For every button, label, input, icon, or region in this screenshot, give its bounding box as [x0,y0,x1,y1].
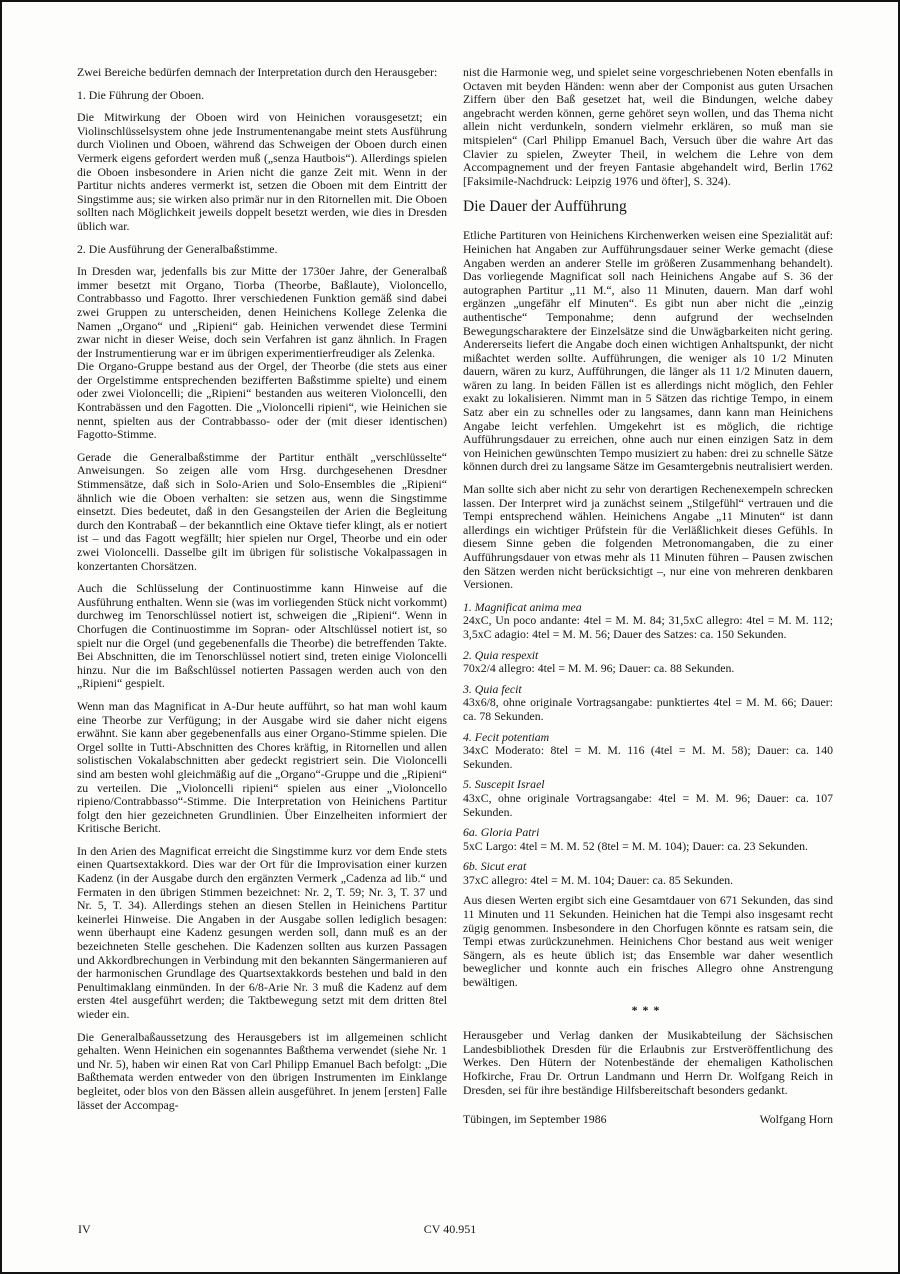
paragraph: Die Organo-Gruppe bestand aus der Orgel,… [77,360,447,442]
movement-title: 1. Magnificat anima mea [463,601,833,615]
paragraph: Zwei Bereiche bedürfen demnach der Inter… [77,66,447,80]
paragraph: Auch die Schlüsselung der Continuostimme… [77,582,447,691]
paragraph: Herausgeber und Verlag danken der Musika… [463,1029,833,1097]
movement-title: 2. Quia respexit [463,649,833,663]
movement-tempo-details: 5xC Largo: 4tel = M. M. 52 (8tel = M. M.… [463,840,833,854]
section-heading: Die Dauer der Aufführung [463,198,833,216]
paragraph: Die Generalbaßaussetzung des Herausgeber… [77,1031,447,1113]
movement-tempo-details: 70x2/4 allegro: 4tel = M. M. 96; Dauer: … [463,662,833,676]
signature-author: Wolfgang Horn [760,1113,833,1127]
movement-title: 5. Suscepit Israel [463,778,833,792]
right-column: nist die Harmonie weg, und spielet seine… [463,66,833,1127]
movement-entry: 2. Quia respexit70x2/4 allegro: 4tel = M… [463,649,833,676]
paragraph: Man sollte sich aber nicht zu sehr von d… [463,483,833,592]
movement-title: 4. Fecit potentiam [463,731,833,745]
page-footer: IV CV 40.951 [2,1222,898,1238]
text-columns: Zwei Bereiche bedürfen demnach der Inter… [77,66,834,1127]
paragraph: nist die Harmonie weg, und spielet seine… [463,66,833,188]
movement-tempo-details: 24xC, Un poco andante: 4tel = M. M. 84; … [463,614,833,641]
signature-line: Tübingen, im September 1986Wolfgang Horn [463,1113,833,1127]
movement-entry: 1. Magnificat anima mea24xC, Un poco and… [463,601,833,642]
movement-tempo-details: 34xC Moderato: 8tel = M. M. 116 (4tel = … [463,744,833,771]
document-page: Zwei Bereiche bedürfen demnach der Inter… [0,0,900,1274]
movement-tempo-details: 43xC, ohne originale Vortragsangabe: 4te… [463,792,833,819]
sub-heading: 1. Die Führung der Oboen. [77,89,447,103]
movement-entry: 6a. Gloria Patri5xC Largo: 4tel = M. M. … [463,826,833,853]
plate-number: CV 40.951 [2,1222,898,1237]
movement-entry: 4. Fecit potentiam34xC Moderato: 8tel = … [463,731,833,772]
movement-title: 6b. Sicut erat [463,860,833,874]
sub-heading: 2. Die Ausführung der Generalbaßstimme. [77,243,447,257]
movement-tempo-details: 43x6/8, ohne originale Vortragsangabe: p… [463,696,833,723]
paragraph: In Dresden war, jedenfalls bis zur Mitte… [77,265,447,360]
paragraph: Gerade die Generalbaßstimme der Partitur… [77,451,447,573]
paragraph: Aus diesen Werten ergibt sich eine Gesam… [463,894,833,989]
movement-title: 3. Quia fecit [463,683,833,697]
left-column: Zwei Bereiche bedürfen demnach der Inter… [77,66,447,1127]
movement-tempo-details: 37xC allegro: 4tel = M. M. 104; Dauer: c… [463,874,833,888]
signature-place-date: Tübingen, im September 1986 [463,1113,607,1127]
movement-entry: 3. Quia fecit43x6/8, ohne originale Vort… [463,683,833,724]
paragraph: Die Mitwirkung der Oboen wird von Heinic… [77,111,447,233]
paragraph: Wenn man das Magnificat in A-Dur heute a… [77,700,447,836]
movement-title: 6a. Gloria Patri [463,826,833,840]
movement-entry: 5. Suscepit Israel43xC, ohne originale V… [463,778,833,819]
paragraph: Etliche Partituren von Heinichens Kirche… [463,229,833,474]
movement-entry: 6b. Sicut erat37xC allegro: 4tel = M. M.… [463,860,833,887]
paragraph: In den Arien des Magnificat erreicht die… [77,845,447,1022]
section-separator: *** [463,1004,833,1018]
